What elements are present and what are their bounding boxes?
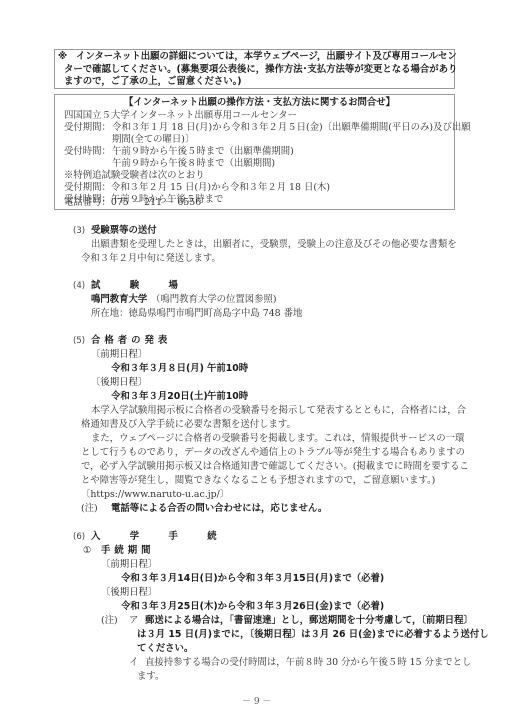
first-term-announce-time: 午前10時 — [207, 362, 248, 375]
announce-para-2-line-1: また，ウェブページに合格者の受験番号を掲載します。これは，情報提供サービスの一環 — [91, 432, 464, 445]
reception-period-label: 受付期間： — [64, 121, 111, 134]
page-number: － 9 － — [242, 696, 271, 709]
university-url[interactable]: 〔https://www.naruto-u.ac.jp/〕 — [81, 488, 229, 501]
section-3-body-line-2: 令和３年２月中旬に発送します。 — [81, 252, 221, 265]
note-i-mark: イ — [129, 656, 138, 669]
note-i-line-1: 直接持参する場合の受付時間は，午前８時 30 分から午後５時 15 分までとし — [145, 656, 471, 669]
announce-para-2-line-3: で，必ず入学試験用掲示板又は合格通知書で確認してください。(掲載までに時間を要す… — [81, 460, 469, 473]
announce-para-1-line-2: 格通知書及び入学手続に必要な書類を送付します。 — [81, 418, 296, 431]
section-3-body-line-1: 出願書類を受理したときは，出願者に，受験票，受験上の注意及びその他必要な書類を — [91, 238, 457, 251]
procedure-second-term-period: 令和３年３月25日(木)から令和３年３月26日(金)まで（必着) — [121, 600, 384, 613]
notice-line-1: インターネット出願の詳細については，本学ウェブページ，出願サイト及び専用コールセ… — [76, 50, 457, 63]
section-3-number: (3) — [73, 225, 85, 238]
first-term-announce-date: 令和３年３月８日(月) — [111, 362, 204, 375]
section-6-title: 入 学 手 続 — [91, 530, 227, 543]
section-6-number: (6) — [73, 531, 85, 544]
procedure-first-term-label: 〔前期日程〕 — [101, 558, 157, 571]
section-5-title: 合格者の発表 — [91, 334, 171, 347]
venue-name: 鳴門教育大学 — [91, 293, 147, 306]
subsection-1-mark: ① — [83, 544, 91, 557]
section-5-note-text: 電話等による合否の問い合わせには，応じません。 — [111, 502, 327, 515]
announce-para-2-line-4: とや障害等が発生し，閲覧できなくなることも予想されますので，ご留意願います。) — [81, 474, 435, 487]
subsection-1-title: 手続期間 — [101, 544, 155, 557]
reception-hours-label: 受付時間： — [64, 145, 111, 158]
note-a-line-3: てください。 — [137, 642, 193, 655]
second-term-announce-date: 令和３年３月20日(土) — [111, 390, 208, 403]
first-term-label: 〔前期日程〕 — [91, 348, 147, 361]
section-4-number: (4) — [73, 280, 85, 293]
note-a-line-2: は３月 15 日(月)までに，〔後期日程〕は３月 26 日(金)までに必着するよ… — [137, 628, 489, 641]
section-5-note-label: (注) — [81, 502, 98, 515]
venue-address: 所在地：徳島県鳴門市鳴門町高島字中島 748 番地 — [91, 307, 302, 320]
second-term-announce-time: 午前10時 — [207, 390, 248, 403]
phone-number: 電話番号：075 － 211 － 6556 — [64, 196, 201, 209]
procedure-note-label: (注) — [101, 614, 118, 627]
section-4-title: 試 験 場 — [91, 279, 188, 292]
contact-box-title: 【インターネット出願の操作方法・支払方法に関するお問合せ】 — [124, 96, 395, 109]
notice-mark: ※ — [58, 50, 67, 63]
procedure-first-term-period: 令和３年３月14日(日)から令和３年３月15日(月)まで（必着) — [121, 572, 384, 585]
announce-para-1-line-1: 本学入学試験用掲示板に合格者の受験番号を掲示して発表するとともに，合格者には，合 — [91, 404, 466, 417]
note-i-line-2: ます。 — [137, 670, 164, 683]
section-5-number: (5) — [73, 335, 85, 348]
notice-line-3: ますので，ご了承の上，ご留意ください。) — [64, 75, 242, 88]
announce-para-2-line-2: として行うものであり，データの改ざんや通信上のトラブル等が発生する場合もあります… — [81, 446, 465, 459]
second-term-label: 〔後期日程〕 — [91, 376, 147, 389]
note-a-line-1: 郵送による場合は，「書留速達」とし，郵送期間を十分考慮して，〔前期日程〕 — [145, 614, 473, 627]
procedure-second-term-label: 〔後期日程〕 — [101, 586, 157, 599]
note-a-mark: ア — [129, 614, 138, 627]
section-3-title: 受験票等の送付 — [91, 224, 157, 237]
venue-note: （鳴門教育大学の位置図参照) — [151, 293, 277, 306]
